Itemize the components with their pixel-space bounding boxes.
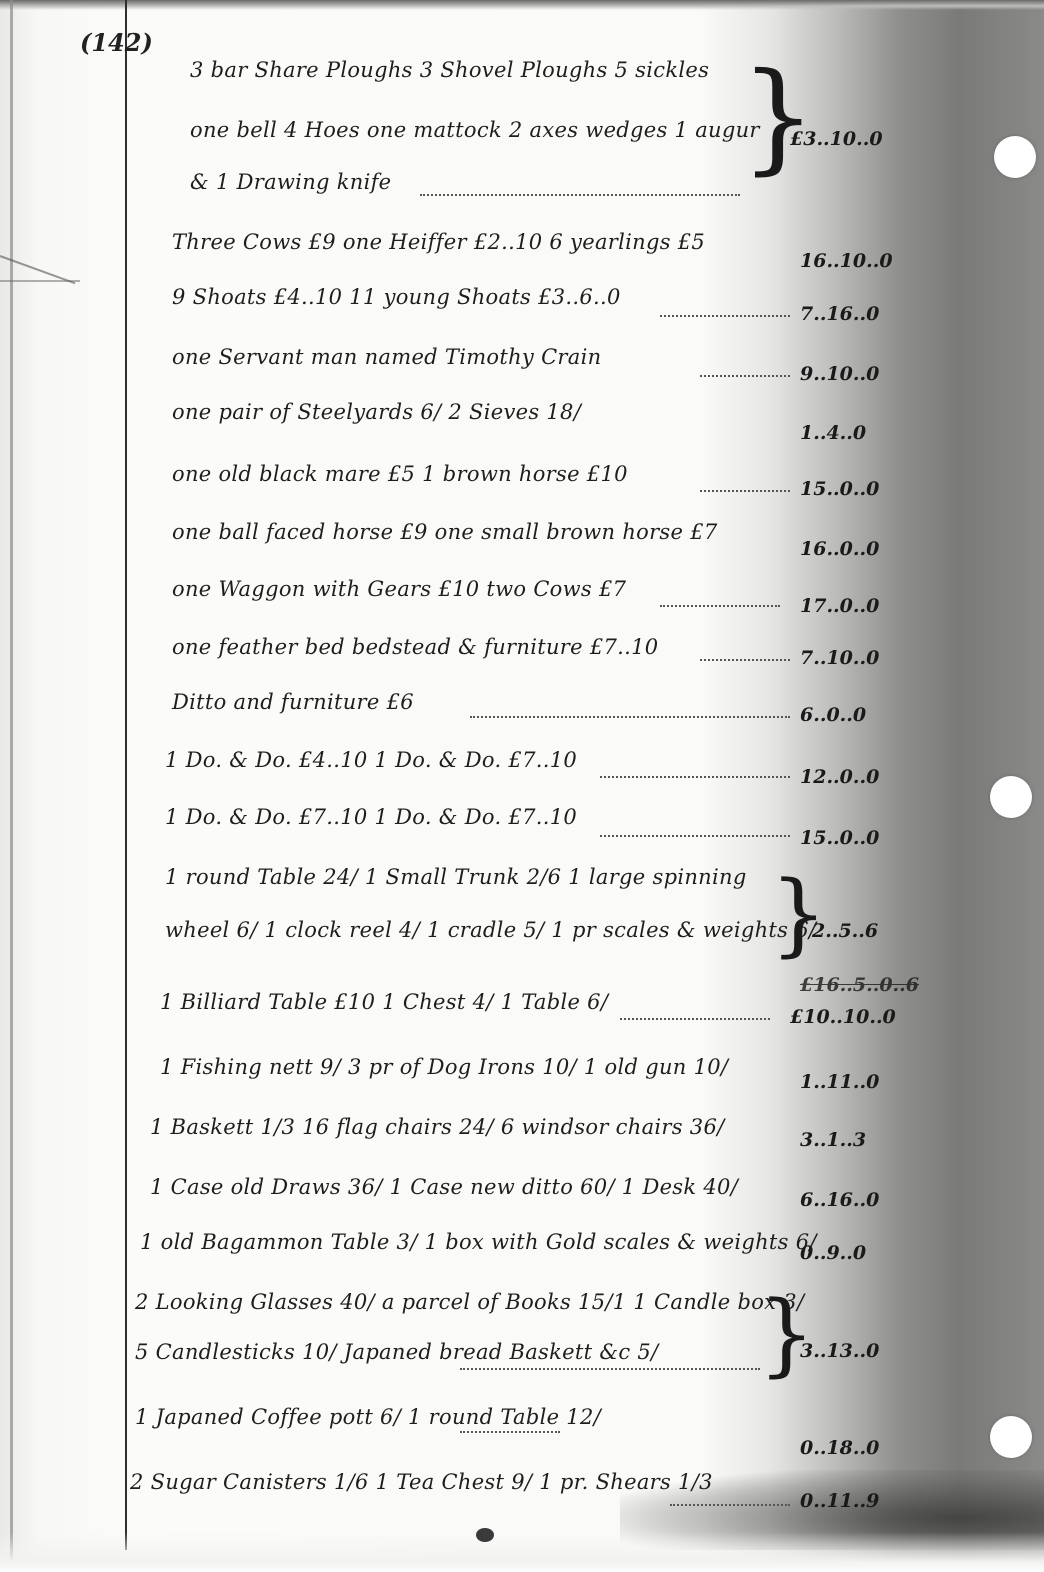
ledger-row: one ball faced horse £9 one small brown …: [0, 520, 1044, 560]
ledger-row: Ditto and furniture £6 6..0..0: [0, 690, 1044, 730]
entry-amount: 6..16..0: [800, 1189, 879, 1211]
ledger-row: one old black mare £5 1 brown horse £10 …: [0, 462, 1044, 502]
entry-text: 1 Billiard Table £10 1 Chest 4/ 1 Table …: [160, 990, 608, 1014]
entry-text: Three Cows £9 one Heiffer £2..10 6 yearl…: [172, 230, 705, 254]
scanned-page: (142) 3 bar Share Ploughs 3 Shovel Ploug…: [0, 0, 1044, 1572]
entry-amount: 7..16..0: [800, 303, 879, 325]
ledger-row: & 1 Drawing knife: [0, 170, 1044, 210]
ledger-row: 2 Sugar Canisters 1/6 1 Tea Chest 9/ 1 p…: [0, 1470, 1044, 1510]
entry-text: 1 Baskett 1/3 16 flag chairs 24/ 6 winds…: [150, 1115, 725, 1139]
leader-dots: [700, 373, 790, 377]
entry-text: 3 bar Share Ploughs 3 Shovel Ploughs 5 s…: [190, 58, 709, 82]
ledger-row: 3 bar Share Ploughs 3 Shovel Ploughs 5 s…: [0, 58, 1044, 98]
entry-amount: 16..10..0: [800, 250, 893, 272]
ledger-row: 1 Case old Draws 36/ 1 Case new ditto 60…: [0, 1175, 1044, 1215]
entry-amount: 0..18..0: [800, 1437, 879, 1459]
ledger-row: Three Cows £9 one Heiffer £2..10 6 yearl…: [0, 230, 1044, 270]
entry-text: 1 Case old Draws 36/ 1 Case new ditto 60…: [150, 1175, 738, 1199]
leader-dots: [460, 1366, 760, 1370]
ledger-row: 5 Candlesticks 10/ Japaned bread Baskett…: [0, 1340, 1044, 1380]
entry-text: 1 round Table 24/ 1 Small Trunk 2/6 1 la…: [165, 865, 747, 889]
leader-dots: [600, 774, 790, 778]
entry-amount: 3..1..3: [800, 1129, 866, 1151]
entry-text: 2 Sugar Canisters 1/6 1 Tea Chest 9/ 1 p…: [130, 1470, 713, 1494]
entry-amount: £10..10..0: [790, 1006, 896, 1028]
entry-amount: 7..10..0: [800, 647, 879, 669]
entry-amount: 12..0..0: [800, 766, 879, 788]
ledger-row: one feather bed bedstead & furniture £7.…: [0, 635, 1044, 675]
entry-amount: 15..0..0: [800, 478, 879, 500]
entry-text: 1 Fishing nett 9/ 3 pr of Dog Irons 10/ …: [160, 1055, 728, 1079]
entry-text: wheel 6/ 1 clock reel 4/ 1 cradle 5/ 1 p…: [165, 918, 816, 942]
entry-text: one Servant man named Timothy Crain: [172, 345, 601, 369]
entry-text: 1 Japaned Coffee pott 6/ 1 round Table 1…: [135, 1405, 601, 1429]
ledger-row: 9 Shoats £4..10 11 young Shoats £3..6..0…: [0, 285, 1044, 325]
leader-dots: [660, 603, 780, 607]
scan-top-edge: [0, 0, 1044, 10]
entry-amount: 9..10..0: [800, 363, 879, 385]
brace-symbol: }: [758, 1290, 815, 1380]
entry-text: 5 Candlesticks 10/ Japaned bread Baskett…: [135, 1340, 658, 1364]
entry-amount: 0..9..0: [800, 1242, 866, 1264]
entry-text: 2 Looking Glasses 40/ a parcel of Books …: [135, 1290, 804, 1314]
scan-bottom-edge: [0, 1532, 1044, 1572]
entry-text: Ditto and furniture £6: [172, 690, 414, 714]
entry-text: one bell 4 Hoes one mattock 2 axes wedge…: [190, 118, 760, 142]
entry-amount: 15..0..0: [800, 827, 879, 849]
leader-dots: [620, 1016, 770, 1020]
brace-symbol: }: [740, 58, 816, 178]
entry-text: 9 Shoats £4..10 11 young Shoats £3..6..0: [172, 285, 621, 309]
leader-dots: [700, 657, 790, 661]
ledger-row: 1 Japaned Coffee pott 6/ 1 round Table 1…: [0, 1405, 1044, 1445]
leader-dots: [470, 714, 790, 718]
ledger-row: 1 round Table 24/ 1 Small Trunk 2/6 1 la…: [0, 865, 1044, 905]
entry-text: 1 Do. & Do. £7..10 1 Do. & Do. £7..10: [165, 805, 577, 829]
ledger-row: 1 Baskett 1/3 16 flag chairs 24/ 6 winds…: [0, 1115, 1044, 1155]
ledger-row: one bell 4 Hoes one mattock 2 axes wedge…: [0, 118, 1044, 158]
margin-pen-mark: [0, 280, 80, 282]
ledger-row: 1 Fishing nett 9/ 3 pr of Dog Irons 10/ …: [0, 1055, 1044, 1095]
ledger-row: 1 Billiard Table £10 1 Chest 4/ 1 Table …: [0, 990, 1044, 1030]
entry-text: one ball faced horse £9 one small brown …: [172, 520, 718, 544]
ledger-row: one Waggon with Gears £10 two Cows £7 17…: [0, 577, 1044, 617]
leader-dots: [670, 1502, 790, 1506]
entry-text: & 1 Drawing knife: [190, 170, 391, 194]
entry-text: one feather bed bedstead & furniture £7.…: [172, 635, 658, 659]
ledger-row: one pair of Steelyards 6/ 2 Sieves 18/ 1…: [0, 400, 1044, 440]
leader-dots: [660, 313, 790, 317]
ledger-row: 1 Do. & Do. £4..10 1 Do. & Do. £7..10 12…: [0, 748, 1044, 788]
entry-text: one pair of Steelyards 6/ 2 Sieves 18/: [172, 400, 581, 424]
entry-text: 1 old Bagammon Table 3/ 1 box with Gold …: [140, 1230, 817, 1254]
leader-dots: [600, 833, 790, 837]
leader-dots: [420, 192, 740, 196]
ledger-row: wheel 6/ 1 clock reel 4/ 1 cradle 5/ 1 p…: [0, 918, 1044, 958]
entry-amount: 1..11..0: [800, 1071, 879, 1093]
leader-dots: [460, 1429, 560, 1433]
entry-amount: 16..0..0: [800, 538, 879, 560]
brace-symbol: }: [770, 870, 827, 960]
ink-blot: [476, 1528, 494, 1542]
entry-amount: 1..4..0: [800, 422, 866, 444]
page-number: (142): [80, 28, 153, 57]
ledger-row: 1 Do. & Do. £7..10 1 Do. & Do. £7..10 15…: [0, 805, 1044, 845]
entry-amount: 17..0..0: [800, 595, 879, 617]
ledger-row: 1 old Bagammon Table 3/ 1 box with Gold …: [0, 1230, 1044, 1270]
ledger-row: one Servant man named Timothy Crain 9..1…: [0, 345, 1044, 385]
entry-text: one old black mare £5 1 brown horse £10: [172, 462, 628, 486]
entry-amount: 0..11..9: [800, 1490, 879, 1512]
leader-dots: [700, 488, 790, 492]
entry-text: one Waggon with Gears £10 two Cows £7: [172, 577, 626, 601]
ledger-row: 2 Looking Glasses 40/ a parcel of Books …: [0, 1290, 1044, 1330]
entry-text: 1 Do. & Do. £4..10 1 Do. & Do. £7..10: [165, 748, 577, 772]
entry-amount: 6..0..0: [800, 704, 866, 726]
